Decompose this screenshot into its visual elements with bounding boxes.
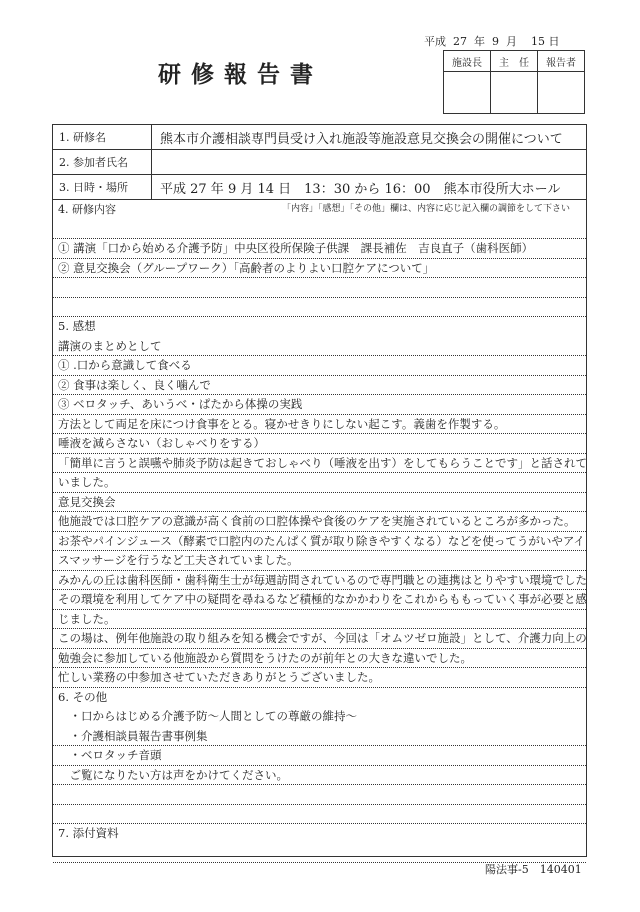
impression-line[interactable]: その環境を利用してケア中の疑問を尋ねるなど積極的なかかわりをこれからももっていく… <box>53 590 586 610</box>
page-title: 研修報告書 <box>158 56 323 89</box>
impression-line[interactable]: 唾液を減らさない（おしゃべりをする） <box>53 434 586 454</box>
impression-line[interactable]: 勉強会に参加している他施設から質問をうけたのが前年との大きな違いでした。 <box>53 649 586 669</box>
impression-line[interactable]: 他施設では口腔ケアの意識が高く食前の口腔体操や食後のケアを実施されているところが… <box>53 512 586 532</box>
impression-line[interactable]: 忙しい業務の中参加させていただきありがとうございました。 <box>53 668 586 688</box>
content-line[interactable] <box>53 220 586 240</box>
impression-line[interactable]: みかんの丘は歯科医師・歯科衛生士が毎週訪問されているので専門職との連携はとりやす… <box>53 571 586 591</box>
form-code: 陽法事-5 140401 <box>485 861 582 877</box>
approval-header-director: 施設長 <box>444 51 491 72</box>
impression-line[interactable]: スマッサージを行うなど工夫されていました。 <box>53 551 586 571</box>
section-other: 6. その他 ・口からはじめる介護予防～人間としての尊厳の維持～ ・介護相談員報… <box>53 688 586 825</box>
impression-line[interactable]: ② 食事は楽しく、良く噛んで <box>53 376 586 396</box>
other-line[interactable]: ・口からはじめる介護予防～人間としての尊厳の維持～ <box>53 707 586 727</box>
impression-line[interactable]: お茶やパインジュース（酵素で口腔内のたんぱく質が取り除きやすくなる）などを使って… <box>53 532 586 552</box>
approval-stamp-chief[interactable] <box>491 72 538 114</box>
impression-line[interactable]: 「簡単に言うと誤嚥や肺炎予防は起きておしゃべり（唾液を出す）をしてもらうことです… <box>53 454 586 474</box>
section-impressions: 5. 感想 講演のまとめとして ① .口から意識して食べる ② 食事は楽しく、良… <box>53 317 586 688</box>
other-line[interactable]: ・ベロタッチ音頭 <box>53 746 586 766</box>
section-training-content: 4. 研修内容 「内容」「感想」「その他」欄は、内容に応じ記入欄の調節をして下さ… <box>53 200 586 317</box>
section-label: 5. 感想 <box>53 317 586 337</box>
impression-line[interactable]: この場は、例年他施設の取り組みを知る機会ですが、今回は「オムツゼロ施設」として、… <box>53 629 586 649</box>
approval-stamp-reporter[interactable] <box>538 72 585 114</box>
other-line[interactable]: ご覧になりたい方は声をかけてください。 <box>53 766 586 786</box>
field-training-name: 1. 研修名 熊本市介護相談専門員受け入れ施設等施設意見交換会の開催について <box>53 125 586 150</box>
instruction-note: 「内容」「感想」「その他」欄は、内容に応じ記入欄の調節をして下さい <box>282 200 570 220</box>
section-label: 6. その他 <box>53 688 586 708</box>
impression-line[interactable]: いました。 <box>53 473 586 493</box>
impression-line[interactable]: ③ ベロタッチ、あいうべ・ぱたから体操の実践 <box>53 395 586 415</box>
field-label: 2. 参加者氏名 <box>53 150 152 174</box>
section-label: 4. 研修内容 <box>58 200 116 220</box>
impression-line[interactable]: じました。 <box>53 610 586 630</box>
field-participant-name: 2. 参加者氏名 <box>53 150 586 175</box>
content-line[interactable] <box>53 298 586 318</box>
approval-header-chief: 主 任 <box>491 51 538 72</box>
impression-line[interactable]: 講演のまとめとして <box>53 337 586 357</box>
impression-line[interactable]: ① .口から意識して食べる <box>53 356 586 376</box>
approval-stamp-table: 施設長 主 任 報告者 <box>443 50 585 114</box>
content-line[interactable]: ① 講演「口から始める介護予防」中央区役所保険子供課 課長補佐 吉良直子（歯科医… <box>53 239 586 259</box>
field-label: 3. 日時・場所 <box>53 175 152 199</box>
field-value[interactable]: 平成 27 年 9 月 14 日 13：30 から 16：00 熊本市役所大ホー… <box>152 178 560 197</box>
impression-line[interactable]: 方法として両足を床につけ食事をとる。寝かせきりにしない起こす。義歯を作製する。 <box>53 415 586 435</box>
other-line[interactable] <box>53 785 586 805</box>
report-date: 平成 27 年 9 月 15 日 <box>424 33 559 49</box>
content-line[interactable]: ② 意見交換会（グループワーク）「高齢者のよりよい口腔ケアについて」 <box>53 259 586 279</box>
section-label: 7. 添付資料 <box>53 824 586 844</box>
field-value[interactable]: 熊本市介護相談専門員受け入れ施設等施設意見交換会の開催について <box>152 128 563 147</box>
impression-line[interactable]: 意見交換会 <box>53 493 586 513</box>
other-line[interactable] <box>53 805 586 825</box>
other-line[interactable]: ・介護相談員報告書事例集 <box>53 727 586 747</box>
field-datetime-place: 3. 日時・場所 平成 27 年 9 月 14 日 13：30 から 16：00… <box>53 175 586 200</box>
field-label: 1. 研修名 <box>53 125 152 149</box>
content-line[interactable] <box>53 278 586 298</box>
approval-header-reporter: 報告者 <box>538 51 585 72</box>
approval-stamp-director[interactable] <box>444 72 491 114</box>
report-form: 1. 研修名 熊本市介護相談専門員受け入れ施設等施設意見交換会の開催について 2… <box>52 124 587 857</box>
section-attachments: 7. 添付資料 <box>53 824 586 863</box>
